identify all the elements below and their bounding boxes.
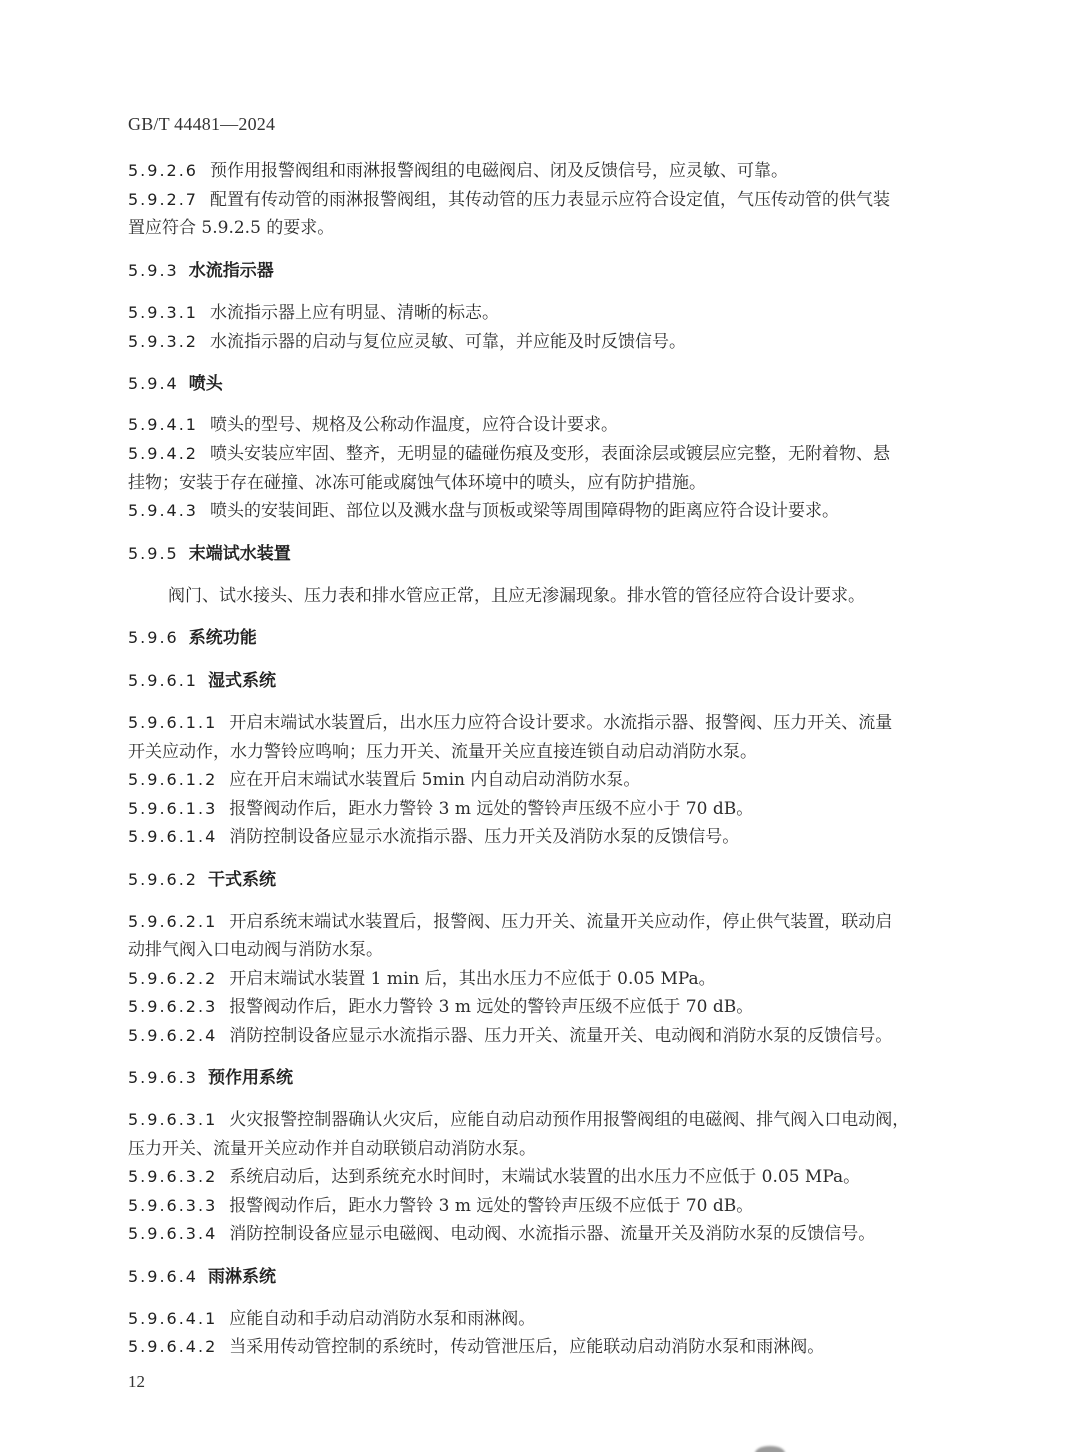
clause-text: 开启末端试水装置后，出水压力应符合设计要求。水流指示器、报警阀、压力开关、流量 bbox=[229, 713, 892, 733]
clause-5-9-2-7: 5.9.2.7配置有传动管的雨淋报警阀组，其传动管的压力表显示应符合设定值，气压… bbox=[128, 190, 890, 210]
section-number: 5.9.3 bbox=[128, 261, 179, 280]
section-number: 5.9.5 bbox=[128, 544, 179, 563]
clause-text: 挂物；安装于存在碰撞、冰冻可能或腐蚀气体环境中的喷头，应有防护措施。 bbox=[128, 473, 706, 493]
clause-number: 5.9.4.2 bbox=[128, 444, 198, 463]
scan-artifact bbox=[755, 1446, 785, 1452]
clause-text: 报警阀动作后，距水力警铃 3 m 远处的警铃声压级不应低于 70 dB。 bbox=[229, 1196, 753, 1216]
clause-number: 5.9.6.4.1 bbox=[128, 1309, 217, 1328]
section-title: 水流指示器 bbox=[189, 261, 274, 281]
clause-text: 报警阀动作后，距水力警铃 3 m 远处的警铃声压级不应小于 70 dB。 bbox=[229, 799, 753, 819]
clause-5-9-6-2-4: 5.9.6.2.4消防控制设备应显示水流指示器、压力开关、流量开关、电动阀和消防… bbox=[128, 1026, 892, 1046]
clause-number: 5.9.6.1.3 bbox=[128, 799, 217, 818]
section-number: 5.9.6 bbox=[128, 628, 179, 647]
section-title: 喷头 bbox=[189, 374, 223, 394]
clause-5-9-6-4-1: 5.9.6.4.1应能自动和手动启动消防水泵和雨淋阀。 bbox=[128, 1309, 535, 1329]
section-heading-5-9-6-4: 5.9.6.4雨淋系统 bbox=[128, 1267, 276, 1287]
clause-5-9-6-1-3: 5.9.6.1.3报警阀动作后，距水力警铃 3 m 远处的警铃声压级不应小于 7… bbox=[128, 799, 753, 819]
paragraph-text: 阀门、试水接头、压力表和排水管应正常，且应无渗漏现象。排水管的管径应符合设计要求… bbox=[168, 586, 865, 606]
section-title: 湿式系统 bbox=[208, 671, 276, 691]
paragraph-5-9-5: 阀门、试水接头、压力表和排水管应正常，且应无渗漏现象。排水管的管径应符合设计要求… bbox=[168, 586, 865, 606]
clause-text: 预作用报警阀组和雨淋报警阀组的电磁阀启、闭及反馈信号，应灵敏、可靠。 bbox=[210, 161, 788, 181]
clause-5-9-6-2-2: 5.9.6.2.2开启末端试水装置 1 min 后，其出水压力不应低于 0.05… bbox=[128, 969, 716, 989]
clause-5-9-6-1-1-continuation: 开关应动作，水力警铃应鸣响；压力开关、流量开关应直接连锁自动启动消防水泵。 bbox=[128, 742, 757, 762]
section-title: 末端试水装置 bbox=[189, 544, 291, 564]
clause-text: 开启系统末端试水装置后，报警阀、压力开关、流量开关应动作，停止供气装置，联动启 bbox=[229, 912, 892, 932]
clause-number: 5.9.6.3.2 bbox=[128, 1167, 217, 1186]
clause-number: 5.9.2.6 bbox=[128, 161, 198, 180]
clause-5-9-2-7-continuation: 置应符合 5.9.2.5 的要求。 bbox=[128, 218, 334, 238]
section-number: 5.9.6.1 bbox=[128, 671, 198, 690]
clause-number: 5.9.6.2.4 bbox=[128, 1026, 217, 1045]
clause-text: 应在开启末端试水装置后 5min 内自动启动消防水泵。 bbox=[229, 770, 640, 790]
clause-5-9-6-2-1-continuation: 动排气阀入口电动阀与消防水泵。 bbox=[128, 940, 383, 960]
clause-5-9-4-2: 5.9.4.2喷头安装应牢固、整齐，无明显的磕碰伤痕及变形，表面涂层或镀层应完整… bbox=[128, 444, 890, 464]
clause-number: 5.9.6.1.1 bbox=[128, 713, 217, 732]
clause-number: 5.9.6.2.1 bbox=[128, 912, 217, 931]
standard-code-header: GB/T 44481—2024 bbox=[128, 114, 275, 135]
clause-5-9-6-1-1: 5.9.6.1.1开启末端试水装置后，出水压力应符合设计要求。水流指示器、报警阀… bbox=[128, 713, 892, 733]
clause-number: 5.9.6.2.2 bbox=[128, 969, 217, 988]
clause-text: 喷头的安装间距、部位以及溅水盘与顶板或梁等周围障碍物的距离应符合设计要求。 bbox=[210, 501, 839, 521]
page-number: 12 bbox=[128, 1372, 145, 1392]
clause-text: 消防控制设备应显示电磁阀、电动阀、水流指示器、流量开关及消防水泵的反馈信号。 bbox=[229, 1224, 875, 1244]
section-heading-5-9-5: 5.9.5末端试水装置 bbox=[128, 544, 291, 564]
clause-5-9-4-2-continuation: 挂物；安装于存在碰撞、冰冻可能或腐蚀气体环境中的喷头，应有防护措施。 bbox=[128, 473, 706, 493]
clause-5-9-6-1-4: 5.9.6.1.4消防控制设备应显示水流指示器、压力开关及消防水泵的反馈信号。 bbox=[128, 827, 739, 847]
clause-number: 5.9.2.7 bbox=[128, 190, 198, 209]
clause-5-9-4-3: 5.9.4.3喷头的安装间距、部位以及溅水盘与顶板或梁等周围障碍物的距离应符合设… bbox=[128, 501, 839, 521]
clause-text: 火灾报警控制器确认火灾后，应能自动启动预作用报警阀组的电磁阀、排气阀入口电动阀， bbox=[229, 1110, 909, 1130]
clause-text: 水流指示器上应有明显、清晰的标志。 bbox=[210, 303, 499, 323]
section-title: 雨淋系统 bbox=[208, 1267, 276, 1287]
clause-5-9-6-2-1: 5.9.6.2.1开启系统末端试水装置后，报警阀、压力开关、流量开关应动作，停止… bbox=[128, 912, 892, 932]
clause-5-9-6-3-1-continuation: 压力开关、流量开关应动作并自动联锁启动消防水泵。 bbox=[128, 1139, 536, 1159]
clause-text: 喷头的型号、规格及公称动作温度，应符合设计要求。 bbox=[210, 415, 618, 435]
section-heading-5-9-6-1: 5.9.6.1湿式系统 bbox=[128, 671, 276, 691]
clause-number: 5.9.6.4.2 bbox=[128, 1337, 217, 1356]
clause-number: 5.9.3.2 bbox=[128, 332, 198, 351]
clause-5-9-6-4-2: 5.9.6.4.2当采用传动管控制的系统时，传动管泄压后，应能联动启动消防水泵和… bbox=[128, 1337, 824, 1357]
clause-text: 开关应动作，水力警铃应鸣响；压力开关、流量开关应直接连锁自动启动消防水泵。 bbox=[128, 742, 757, 762]
clause-text: 报警阀动作后，距水力警铃 3 m 远处的警铃声压级不应低于 70 dB。 bbox=[229, 997, 753, 1017]
section-heading-5-9-4: 5.9.4喷头 bbox=[128, 374, 223, 394]
clause-5-9-6-3-2: 5.9.6.3.2系统启动后，达到系统充水时间时，末端试水装置的出水压力不应低于… bbox=[128, 1167, 860, 1187]
section-number: 5.9.4 bbox=[128, 374, 179, 393]
clause-text: 当采用传动管控制的系统时，传动管泄压后，应能联动启动消防水泵和雨淋阀。 bbox=[229, 1337, 824, 1357]
clause-number: 5.9.6.1.2 bbox=[128, 770, 217, 789]
clause-text: 喷头安装应牢固、整齐，无明显的磕碰伤痕及变形，表面涂层或镀层应完整，无附着物、悬 bbox=[210, 444, 890, 464]
clause-text: 水流指示器的启动与复位应灵敏、可靠，并应能及时反馈信号。 bbox=[210, 332, 686, 352]
clause-text: 消防控制设备应显示水流指示器、压力开关及消防水泵的反馈信号。 bbox=[229, 827, 739, 847]
clause-text: 动排气阀入口电动阀与消防水泵。 bbox=[128, 940, 383, 960]
clause-5-9-6-3-3: 5.9.6.3.3报警阀动作后，距水力警铃 3 m 远处的警铃声压级不应低于 7… bbox=[128, 1196, 753, 1216]
section-number: 5.9.6.4 bbox=[128, 1267, 198, 1286]
clause-text: 置应符合 5.9.2.5 的要求。 bbox=[128, 218, 334, 238]
clause-5-9-3-1: 5.9.3.1水流指示器上应有明显、清晰的标志。 bbox=[128, 303, 499, 323]
clause-number: 5.9.6.3.3 bbox=[128, 1196, 217, 1215]
clause-5-9-6-1-2: 5.9.6.1.2应在开启末端试水装置后 5min 内自动启动消防水泵。 bbox=[128, 770, 640, 790]
clause-5-9-3-2: 5.9.3.2水流指示器的启动与复位应灵敏、可靠，并应能及时反馈信号。 bbox=[128, 332, 686, 352]
clause-number: 5.9.4.1 bbox=[128, 415, 198, 434]
clause-number: 5.9.6.1.4 bbox=[128, 827, 217, 846]
clause-text: 开启末端试水装置 1 min 后，其出水压力不应低于 0.05 MPa。 bbox=[229, 969, 715, 989]
clause-number: 5.9.3.1 bbox=[128, 303, 198, 322]
clause-5-9-6-3-4: 5.9.6.3.4消防控制设备应显示电磁阀、电动阀、水流指示器、流量开关及消防水… bbox=[128, 1224, 875, 1244]
clause-text: 系统启动后，达到系统充水时间时，末端试水装置的出水压力不应低于 0.05 MPa… bbox=[229, 1167, 860, 1187]
section-heading-5-9-6-2: 5.9.6.2干式系统 bbox=[128, 870, 276, 890]
clause-text: 消防控制设备应显示水流指示器、压力开关、流量开关、电动阀和消防水泵的反馈信号。 bbox=[229, 1026, 892, 1046]
section-title: 系统功能 bbox=[189, 628, 257, 648]
section-heading-5-9-6-3: 5.9.6.3预作用系统 bbox=[128, 1068, 293, 1088]
section-heading-5-9-3: 5.9.3水流指示器 bbox=[128, 261, 274, 281]
clause-text: 应能自动和手动启动消防水泵和雨淋阀。 bbox=[229, 1309, 535, 1329]
clause-5-9-6-3-1: 5.9.6.3.1火灾报警控制器确认火灾后，应能自动启动预作用报警阀组的电磁阀、… bbox=[128, 1110, 909, 1130]
section-heading-5-9-6: 5.9.6系统功能 bbox=[128, 628, 257, 648]
clause-number: 5.9.4.3 bbox=[128, 501, 198, 520]
clause-5-9-4-1: 5.9.4.1喷头的型号、规格及公称动作温度，应符合设计要求。 bbox=[128, 415, 618, 435]
clause-number: 5.9.6.3.1 bbox=[128, 1110, 217, 1129]
section-title: 预作用系统 bbox=[208, 1068, 293, 1088]
clause-number: 5.9.6.2.3 bbox=[128, 997, 217, 1016]
clause-text: 配置有传动管的雨淋报警阀组，其传动管的压力表显示应符合设定值，气压传动管的供气装 bbox=[210, 190, 890, 210]
section-title: 干式系统 bbox=[208, 870, 276, 890]
clause-5-9-6-2-3: 5.9.6.2.3报警阀动作后，距水力警铃 3 m 远处的警铃声压级不应低于 7… bbox=[128, 997, 753, 1017]
clause-text: 压力开关、流量开关应动作并自动联锁启动消防水泵。 bbox=[128, 1139, 536, 1159]
clause-5-9-2-6: 5.9.2.6预作用报警阀组和雨淋报警阀组的电磁阀启、闭及反馈信号，应灵敏、可靠… bbox=[128, 161, 788, 181]
section-number: 5.9.6.3 bbox=[128, 1068, 198, 1087]
section-number: 5.9.6.2 bbox=[128, 870, 198, 889]
clause-number: 5.9.6.3.4 bbox=[128, 1224, 217, 1243]
